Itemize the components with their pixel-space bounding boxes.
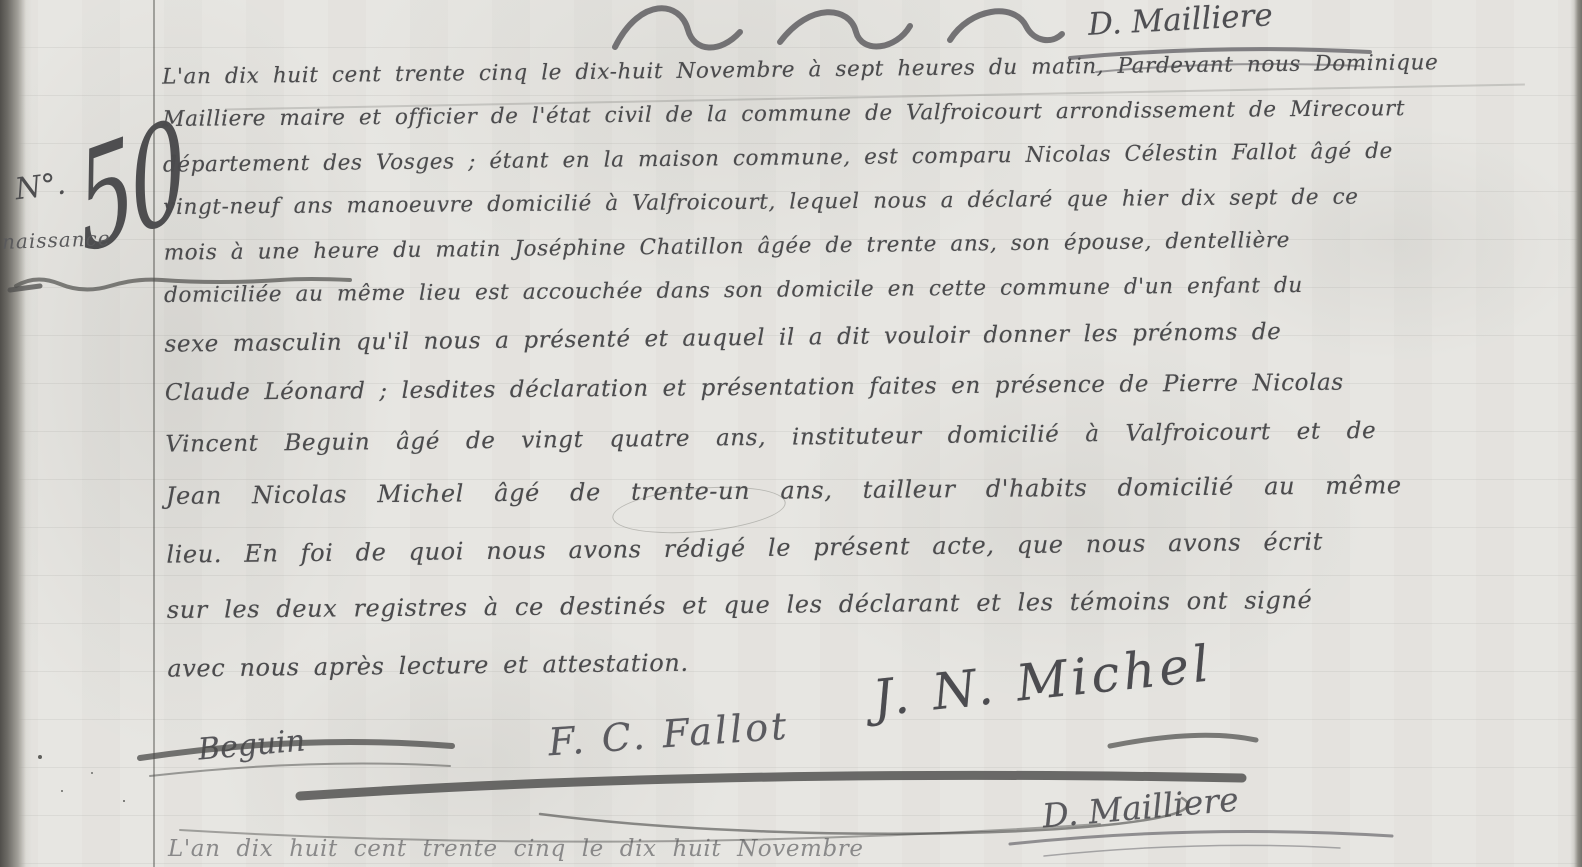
signature-mailliere-underline-flourish [1000, 822, 1400, 867]
registry-scan-page: D. Mailliere N°. 50 naissance L'an dix h… [0, 0, 1582, 867]
previous-act-signature: D. Mailliere [1087, 0, 1273, 43]
act-body: L'an dix huit cent trente cinq le dix-hu… [162, 43, 1444, 696]
page-binding-edge-left [0, 0, 32, 867]
margin-category-label: naissance [2, 226, 111, 254]
page-edge-right [1570, 0, 1582, 867]
next-act-fragment: L'an dix huit cent trente cinq le dix hu… [168, 836, 864, 862]
ink-speckles [38, 755, 42, 759]
record-number-label: N°. [13, 166, 68, 207]
